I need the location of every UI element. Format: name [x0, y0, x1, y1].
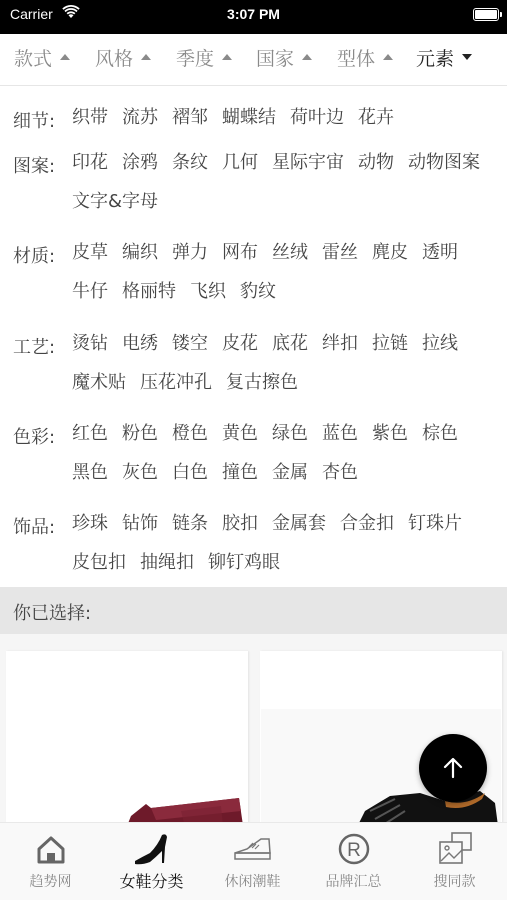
filter-tab-label: 风格 [95, 44, 133, 71]
tab-label: 女鞋分类 [101, 869, 202, 892]
clock: 3:07 PM [0, 6, 507, 22]
svg-text:R: R [347, 840, 361, 861]
filter-panel: 细节: 织带 流苏 褶邹 蝴蝶结 荷叶边 花卉 图案: 印花 涂鸦 条纹 几何 … [0, 87, 507, 587]
status-bar: Carrier 3:07 PM [0, 0, 507, 34]
filter-option[interactable]: 皮草 [72, 233, 108, 272]
filter-option[interactable]: 豹纹 [240, 272, 276, 311]
filter-tab-shape[interactable]: 型体 [337, 42, 393, 72]
tab-women-shoes[interactable]: 女鞋分类 [101, 823, 202, 900]
filter-option[interactable]: 蓝色 [322, 414, 358, 453]
filter-option[interactable]: 印花 [72, 143, 108, 182]
filter-tab-season[interactable]: 季度 [176, 42, 232, 72]
filter-tab-label: 款式 [14, 44, 52, 71]
sneaker-icon [233, 831, 273, 867]
filter-tab-label: 国家 [256, 44, 294, 71]
filter-options: 印花 涂鸦 条纹 几何 星际宇宙 动物 动物图案 文字&字母 [72, 143, 502, 221]
registered-icon: R [334, 831, 374, 867]
filter-group-label: 工艺: [13, 333, 55, 359]
filter-option[interactable]: 绿色 [272, 414, 308, 453]
filter-tab-style[interactable]: 款式 [14, 42, 70, 72]
product-card[interactable] [6, 651, 248, 824]
filter-option[interactable]: 文字&字母 [72, 182, 158, 221]
filter-option[interactable]: 麂皮 [372, 233, 408, 272]
caret-up-icon [302, 54, 312, 60]
filter-option[interactable]: 条纹 [172, 143, 208, 182]
filter-option[interactable]: 编织 [122, 233, 158, 272]
filter-option[interactable]: 透明 [422, 233, 458, 272]
battery-icon [473, 8, 499, 21]
filter-option[interactable]: 褶邹 [172, 98, 208, 137]
filter-option[interactable]: 动物图案 [408, 143, 480, 182]
filter-option[interactable]: 皮花 [222, 324, 258, 363]
filter-options: 皮草 编织 弹力 网布 丝绒 雷丝 麂皮 透明 牛仔 格丽特 飞织 豹纹 [72, 233, 502, 311]
filter-option[interactable]: 织带 [72, 98, 108, 137]
filter-option[interactable]: 合金扣 [340, 504, 394, 543]
tab-label: 休闲潮鞋 [202, 871, 303, 891]
filter-group-label: 细节: [13, 107, 55, 133]
filter-option[interactable]: 钉珠片 [408, 504, 462, 543]
filter-option[interactable]: 白色 [172, 453, 208, 492]
filter-option[interactable]: 铆钉鸡眼 [208, 543, 280, 582]
filter-tab-element[interactable]: 元素 [416, 42, 472, 72]
filter-option[interactable]: 撞色 [222, 453, 258, 492]
arrow-up-icon [441, 756, 465, 780]
filter-option[interactable]: 压花冲孔 [140, 363, 212, 402]
back-to-top-button[interactable] [419, 734, 487, 802]
product-grid [0, 634, 507, 824]
caret-up-icon [60, 54, 70, 60]
filter-option[interactable]: 金属套 [272, 504, 326, 543]
tab-casual-sneakers[interactable]: 休闲潮鞋 [202, 823, 303, 900]
filter-option[interactable]: 涂鸦 [122, 143, 158, 182]
filter-option[interactable]: 魔术贴 [72, 363, 126, 402]
caret-up-icon [383, 54, 393, 60]
filter-option[interactable]: 杏色 [322, 453, 358, 492]
filter-options: 烫钻 电绣 镂空 皮花 底花 绊扣 拉链 拉线 魔术贴 压花冲孔 复古擦色 [72, 324, 502, 402]
product-image-burgundy-shoe [111, 776, 251, 824]
filter-tabs: 款式 风格 季度 国家 型体 元素 [0, 34, 507, 86]
filter-option[interactable]: 绊扣 [322, 324, 358, 363]
filter-option[interactable]: 牛仔 [72, 272, 108, 311]
filter-option[interactable]: 金属 [272, 453, 308, 492]
filter-option[interactable]: 复古擦色 [226, 363, 298, 402]
filter-option[interactable]: 镂空 [172, 324, 208, 363]
high-heel-icon [132, 831, 172, 867]
tab-label: 搜同款 [404, 871, 505, 891]
filter-option[interactable]: 烫钻 [72, 324, 108, 363]
filter-tab-fashion[interactable]: 风格 [95, 42, 151, 72]
tab-image-search[interactable]: 搜同款 [404, 823, 505, 900]
filter-option[interactable]: 底花 [272, 324, 308, 363]
filter-option[interactable]: 抽绳扣 [140, 543, 194, 582]
filter-option[interactable]: 胶扣 [222, 504, 258, 543]
filter-option[interactable]: 紫色 [372, 414, 408, 453]
caret-up-icon [222, 54, 232, 60]
filter-group-label: 饰品: [13, 513, 55, 539]
filter-option[interactable]: 红色 [72, 414, 108, 453]
filter-tab-label: 型体 [337, 44, 375, 71]
bottom-tab-bar: 趋势网 女鞋分类 休闲潮鞋 R 品牌汇总 搜同款 [0, 822, 507, 900]
home-icon [31, 831, 71, 867]
tab-brands[interactable]: R 品牌汇总 [303, 823, 404, 900]
filter-options: 织带 流苏 褶邹 蝴蝶结 荷叶边 花卉 [72, 98, 502, 137]
selected-filters-label: 你已选择: [13, 599, 91, 625]
filter-option[interactable]: 黄色 [222, 414, 258, 453]
filter-option[interactable]: 钻饰 [122, 504, 158, 543]
image-search-icon [435, 831, 475, 867]
filter-option[interactable]: 几何 [222, 143, 258, 182]
filter-tab-country[interactable]: 国家 [256, 42, 312, 72]
filter-option[interactable]: 电绣 [122, 324, 158, 363]
filter-option[interactable]: 雷丝 [322, 233, 358, 272]
filter-option[interactable]: 星际宇宙 [272, 143, 344, 182]
filter-options: 珍珠 钻饰 链条 胶扣 金属套 合金扣 钉珠片 皮包扣 抽绳扣 铆钉鸡眼 [72, 504, 502, 582]
filter-option[interactable]: 珍珠 [72, 504, 108, 543]
filter-option[interactable]: 流苏 [122, 98, 158, 137]
filter-option[interactable]: 花卉 [358, 98, 394, 137]
selected-filters-bar: 你已选择: [0, 587, 507, 634]
filter-option[interactable]: 动物 [358, 143, 394, 182]
filter-option[interactable]: 棕色 [422, 414, 458, 453]
filter-option[interactable]: 灰色 [122, 453, 158, 492]
filter-option[interactable]: 橙色 [172, 414, 208, 453]
filter-option[interactable]: 丝绒 [272, 233, 308, 272]
filter-options: 红色 粉色 橙色 黄色 绿色 蓝色 紫色 棕色 黑色 灰色 白色 撞色 金属 杏… [72, 414, 502, 492]
filter-option[interactable]: 网布 [222, 233, 258, 272]
filter-tab-label: 季度 [176, 44, 214, 71]
tab-label: 趋势网 [0, 871, 101, 891]
filter-option[interactable]: 拉链 [372, 324, 408, 363]
filter-option[interactable]: 粉色 [122, 414, 158, 453]
filter-option[interactable]: 弹力 [172, 233, 208, 272]
filter-option[interactable]: 黑色 [72, 453, 108, 492]
filter-option[interactable]: 格丽特 [122, 272, 176, 311]
filter-option[interactable]: 荷叶边 [290, 98, 344, 137]
tab-trend[interactable]: 趋势网 [0, 823, 101, 900]
filter-group-label: 材质: [13, 242, 55, 268]
filter-group-label: 图案: [13, 152, 55, 178]
caret-down-icon [462, 54, 472, 60]
tab-label: 品牌汇总 [303, 871, 404, 891]
caret-up-icon [141, 54, 151, 60]
filter-option[interactable]: 蝴蝶结 [222, 98, 276, 137]
filter-option[interactable]: 拉线 [422, 324, 458, 363]
filter-group-label: 色彩: [13, 423, 55, 449]
filter-option[interactable]: 飞织 [190, 272, 226, 311]
filter-option[interactable]: 链条 [172, 504, 208, 543]
filter-option[interactable]: 皮包扣 [72, 543, 126, 582]
filter-tab-label: 元素 [416, 44, 454, 71]
